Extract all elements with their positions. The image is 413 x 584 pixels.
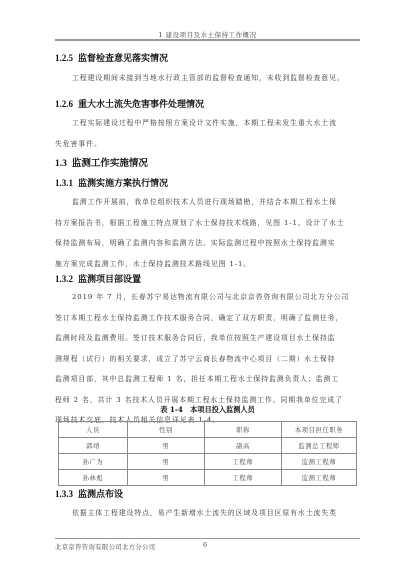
heading-title: 监督检查意见落实情况 <box>78 54 168 64</box>
paragraph-line: 测规程（试行）的相关要求，成立了苏宁云商长春物流中心项目（二期）水土保持 <box>55 349 360 370</box>
table-cell: 男 <box>128 454 205 470</box>
paragraph-line: 持方案报告书，根据工程施工特点规划了水土保持技术线路，见图 1-1。设计了水土 <box>55 213 360 234</box>
paragraph-line: 施方案完成监测工作，水土保持监测技术路线见图 1-1。 <box>55 254 360 275</box>
paragraph-line: 监测时段及监测费用。签订技术服务合同后，我单位按照生产建设项目水土保持监 <box>55 328 360 349</box>
table-caption: 表 1-4 本项目投入监测人员 <box>55 405 360 415</box>
running-header: 1 建设项目及水土保持工作概况 <box>55 30 360 39</box>
table-row: 郭靖 男 副高 监测总工程师 <box>59 438 357 454</box>
paragraph-line: 签订本期工程水土保持监测工作技术服务合同，确定了双方职责，明确了监测任务， <box>55 308 360 329</box>
heading-1-3-1: 1.3.1监测实施方案执行情况 <box>55 176 168 189</box>
table-cell: 男 <box>128 470 205 486</box>
table-cell: 监测工程师 <box>282 454 357 470</box>
heading-1-3-2: 1.3.2监测项目部设置 <box>55 272 141 285</box>
page-number: 6 <box>203 542 207 549</box>
staff-table: 人员 性别 职称 本项目担任职务 郭靖 男 副高 监测总工程师 孙广为 男 工程… <box>58 421 357 486</box>
heading-1-2-5: 1.2.5监督检查意见落实情况 <box>55 51 168 64</box>
paragraph-line: 失危害事件。 <box>55 134 360 155</box>
paragraph-line: 监测工作开展前，我单位组织技术人员进行现场踏勘，并结合本期工程水土保 <box>55 192 360 213</box>
heading-number: 1.3.2 <box>55 274 73 284</box>
table-header-cell: 人员 <box>59 422 128 438</box>
paragraph-line: 监测项目部，其中总监测工程师 1 名，担任本期工程水土保持监测负责人；监测工 <box>55 369 360 390</box>
heading-title: 监测项目部设置 <box>78 275 141 285</box>
table-header-cell: 性别 <box>128 422 205 438</box>
heading-number: 1.3.1 <box>55 178 73 188</box>
paragraph-line: 工程建设期间未接到当地水行政主管部的监督检查通知，未收到监督检查意见。 <box>55 68 360 89</box>
table-cell: 副高 <box>205 438 282 454</box>
table-header-cell: 本项目担任职务 <box>282 422 357 438</box>
table-header-row: 人员 性别 职称 本项目担任职务 <box>59 422 357 438</box>
table-row: 孙林彪 男 工程师 监测工程师 <box>59 470 357 486</box>
table-cell: 工程师 <box>205 454 282 470</box>
heading-1-3: 1.3监测工作实施情况 <box>55 155 148 169</box>
table-cell: 郭靖 <box>59 438 128 454</box>
header-rule <box>55 39 360 41</box>
paragraph-1-3-3: 依据主体工程建设特点，易产生新增水土流失的区域及项目区原有水土流失类 <box>55 503 360 524</box>
table-cell: 男 <box>128 438 205 454</box>
paragraph-line: 依据主体工程建设特点，易产生新增水土流失的区域及项目区原有水土流失类 <box>55 503 360 524</box>
heading-number: 1.3.3 <box>55 489 73 499</box>
paragraph-1-2-6: 工程实际建设过程中严格按照方案设计文件实施，本期工程未发生重大水土流 失危害事件… <box>55 113 360 154</box>
footer-rule <box>55 538 360 539</box>
paragraph-line: 保持监测布局，明确了监测内容和监测方法。实际监测过程中按照水土保持监测实 <box>55 233 360 254</box>
table-cell: 孙广为 <box>59 454 128 470</box>
heading-title: 监测点布设 <box>78 490 123 500</box>
heading-number: 1.2.5 <box>55 53 73 63</box>
paragraph-line: 2019 年 7 月，长春苏宁易达物流有限公司与北京京咨咨询有限公司北方分公司 <box>55 287 360 308</box>
table-cell: 监测工程师 <box>282 470 357 486</box>
paragraph-1-3-1: 监测工作开展前，我单位组织技术人员进行现场踏勘，并结合本期工程水土保 持方案报告… <box>55 192 360 274</box>
paragraph-1-2-5: 工程建设期间未接到当地水行政主管部的监督检查通知，未收到监督检查意见。 <box>55 68 360 89</box>
table-cell: 孙林彪 <box>59 470 128 486</box>
heading-number: 1.3 <box>55 159 67 169</box>
footer-company: 北京京咨咨询有限公司北方分公司 <box>55 542 155 551</box>
heading-number: 1.2.6 <box>55 99 73 109</box>
table-cell: 监测总工程师 <box>282 438 357 454</box>
document-page: 1 建设项目及水土保持工作概况 1.2.5监督检查意见落实情况 工程建设期间未接… <box>0 0 413 584</box>
heading-title: 重大水土流失危害事件处理情况 <box>78 100 204 110</box>
heading-title: 监测实施方案执行情况 <box>78 179 168 189</box>
paragraph-line: 工程实际建设过程中严格按照方案设计文件实施，本期工程未发生重大水土流 <box>55 113 360 134</box>
table-cell: 工程师 <box>205 470 282 486</box>
heading-title: 监测工作实施情况 <box>72 158 148 169</box>
table-row: 孙广为 男 工程师 监测工程师 <box>59 454 357 470</box>
table-header-cell: 职称 <box>205 422 282 438</box>
heading-1-2-6: 1.2.6重大水土流失危害事件处理情况 <box>55 97 204 110</box>
heading-1-3-3: 1.3.3监测点布设 <box>55 487 123 500</box>
